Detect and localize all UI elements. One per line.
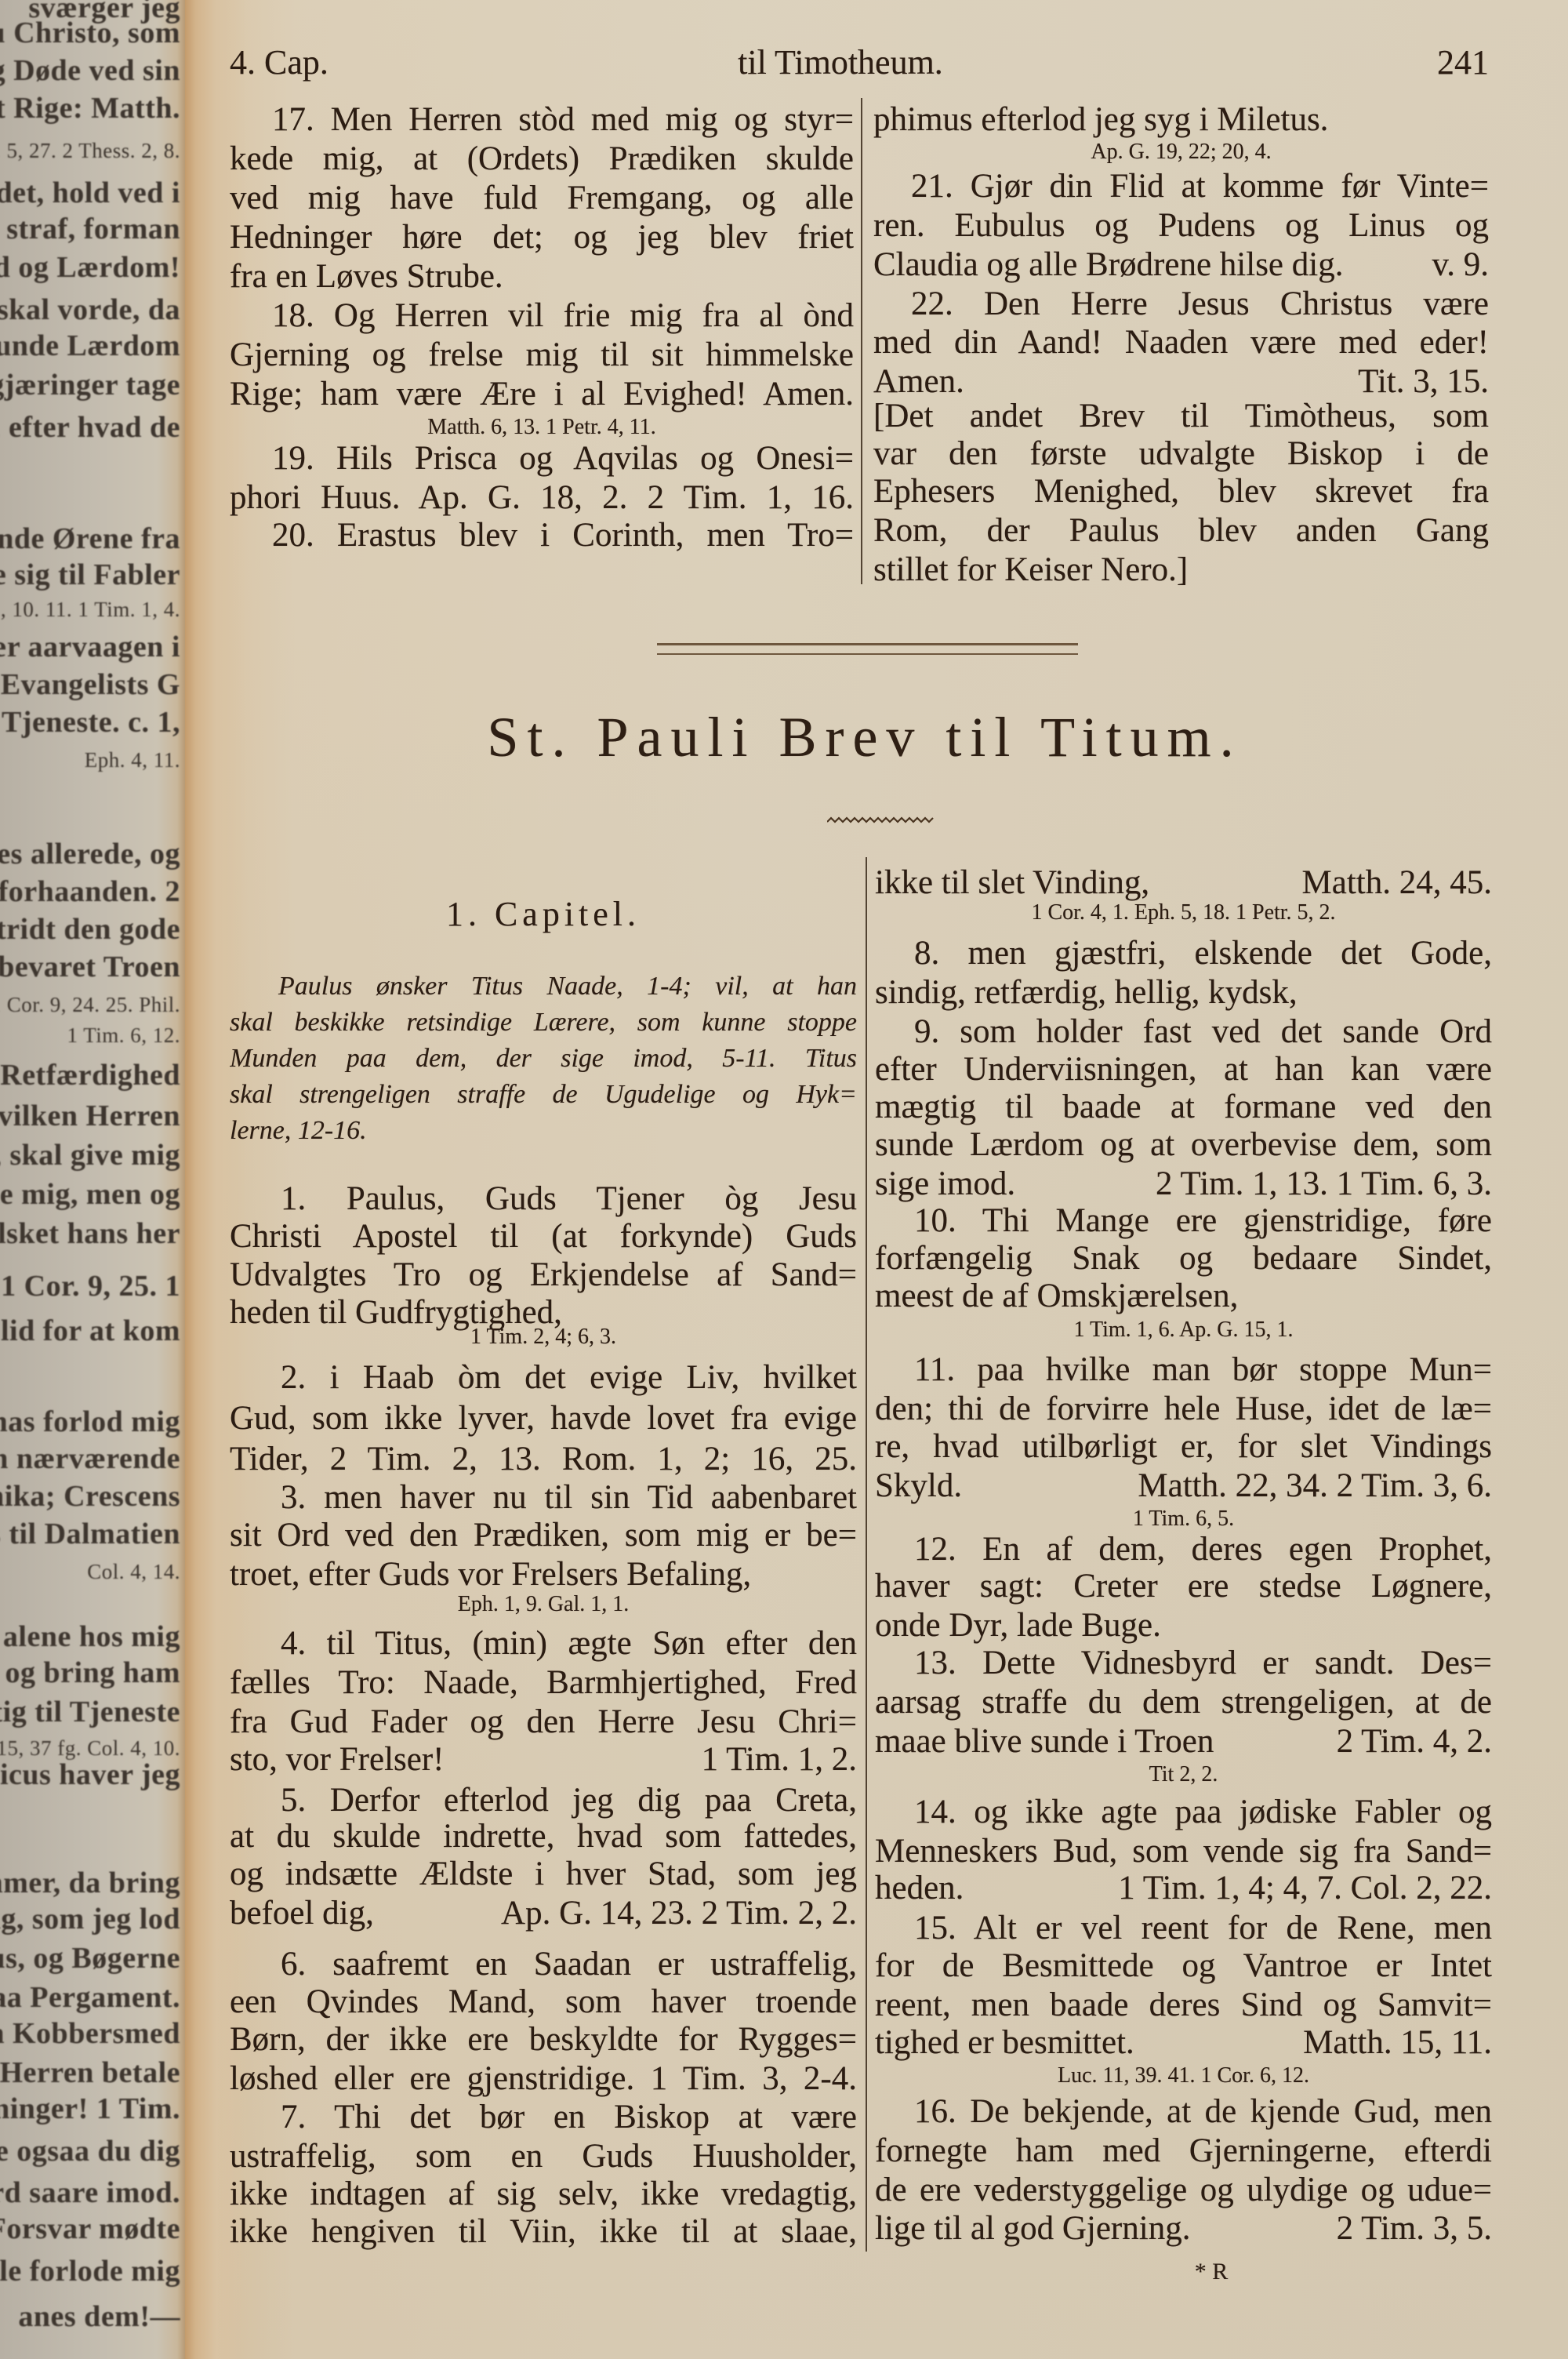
verse-line: 13. Dette Vidnesbyrd er sandt. Des= [875, 1644, 1492, 1683]
facing-page-line: t Løbet, bevaret Troen [0, 950, 180, 984]
verse-text: lige til al god Gjerning. [875, 2209, 1190, 2248]
book-title: St. Pauli Brev til Titum. [470, 702, 1259, 772]
verse-line: ikke hengiven til Viin, ikke til at slaa… [230, 2212, 857, 2252]
verse-line: med din Aand! Naaden være med eder! [873, 323, 1489, 362]
verse-line: Børn, der ikke ere beskyldte for Rygges= [230, 2020, 857, 2059]
verse-line: sindig, retfærdig, hellig, kydsk, [875, 973, 1492, 1012]
facing-page-line: ham vogte ogsaa du dig [0, 2134, 180, 2168]
verse-line: 18. Og Herren vil frie mig fra al ònd [230, 296, 854, 336]
verse-line: Rige; ham være Ære i al Evighed! Amen. [230, 375, 854, 414]
verse-line: 12. En af dem, deres egen Prophet, [875, 1530, 1492, 1569]
verse-line: 15. Alt er vel reent for de Rene, men [875, 1909, 1492, 1948]
verse-line: 16. De bekjende, at de kjende Gud, men [875, 2092, 1492, 2132]
verse-line: een Qvindes Mand, som haver troende [230, 1983, 857, 2022]
cross-reference: 2 Tim. 4, 2. [1337, 1722, 1492, 1761]
verse-line: 2. i Haab òm det evige Liv, hvilket [230, 1358, 857, 1398]
verse-line: 9. som holder fast ved det sande Ord [875, 1012, 1492, 1052]
facing-page-line: dig og bring ham [0, 1656, 180, 1690]
running-head-chapter: 4. Cap. [230, 43, 328, 82]
verse-line: ren. Eubulus og Pudens og Linus og [873, 206, 1489, 245]
facing-page-edge: sværger jeg rre Jesu Christo, som e og D… [0, 0, 185, 2359]
facing-page-line: ghed og Lærdom! [0, 250, 180, 285]
facing-page-line: vrigt er Retfærdighed [0, 1058, 180, 1092]
facing-page-line: Thessalonika; Crescens [0, 1479, 180, 1514]
cross-reference: v. 9. [1432, 245, 1489, 285]
facing-page-line: l med dig, som jeg lod [0, 1902, 180, 1936]
wavy-ornament-icon [827, 814, 934, 825]
facing-page-line: get Ondt; Herren betale [0, 2055, 180, 2090]
verse-text: heden. [875, 1869, 964, 1908]
chapter-heading: 1. Capitel. [230, 891, 857, 938]
cross-reference: Eph. 1, 9. Gal. 1, 1. [230, 1592, 857, 1617]
verse-text: tighed er besmittet. [875, 2023, 1134, 2063]
verse-line: 6. saafremt en Saadan er ustraffelig, [230, 1945, 857, 1984]
column-divider [861, 98, 862, 584]
verse-line: sit Ord ved den Prædiken, som mig er be= [230, 1516, 857, 1555]
facing-page-reference: Eph. 4, 11. [85, 743, 180, 777]
verse-line: meest de af Omskjærelsen, [875, 1277, 1492, 1316]
facing-page-line: ar du kommer, da bring [0, 1866, 180, 1900]
cross-reference: 1 Tim. 2, 4; 6, 3. [230, 1325, 857, 1350]
verse-line: 20. Erastus blev i Corinth, men Tro= [230, 516, 854, 555]
subscription-line: Rom, der Paulus blev anden Gang [873, 511, 1489, 551]
cross-reference: 1 Cor. 4, 1. Eph. 5, 18. 1 Petr. 5, 2. [875, 900, 1492, 925]
verse-text: Amen. [873, 362, 964, 402]
verse-line: heden. 1 Tim. 1, 4; 4, 7. Col. 2, 22. [875, 1869, 1492, 1908]
facing-page-line: obetal, efter hvad de [0, 410, 180, 445]
facing-page-reference: Col. 4, 14. [87, 1554, 180, 1589]
facing-page-line: og (i) sit Rige: Matth. [0, 91, 180, 125]
verse-line: Udvalgtes Tro og Erkjendelse af Sand= [230, 1256, 857, 1295]
verse-line: fra en Løves Strube. [230, 257, 854, 296]
verse-line: 4. til Titus, (min) ægte Søn efter den [230, 1624, 857, 1663]
verse-line: fælles Tro: Naade, Barmhjertighed, Fred [230, 1663, 857, 1703]
double-rule-bottom [657, 653, 1078, 655]
verse-line: Amen. Tit. 3, 15. [873, 362, 1489, 402]
facing-page-line: n, Titus til Dalmatien [0, 1517, 180, 1551]
verse-line: Gud, som ikke lyver, havde lovet fra evi… [230, 1399, 857, 1438]
cross-reference: Ap. G. 14, 23. 2 Tim. 2, 2. [501, 1894, 857, 1933]
facing-page-line: nig, men Alle forlode mig [0, 2254, 180, 2288]
verse-line: ved mig have fuld Fremgang, og alle [230, 179, 854, 218]
verse-text: sto, vor Frelser! [230, 1740, 444, 1779]
verse-line: ustraffelig, som en Guds Huusholder, [230, 2137, 857, 2176]
verse-line: Christi Apostel til (at forkynde) Guds [230, 1217, 857, 1256]
verse-line: re, hvad utilbørligt er, for slet Vindin… [875, 1427, 1492, 1467]
verse-line: Tider, 2 Tim. 2, 13. Rom. 1, 2; 16, 25. [230, 1440, 857, 1479]
subscription-line: stillet for Keiser Nero.] [873, 551, 1489, 590]
cross-reference: Ap. G. 19, 22; 20, 4. [873, 140, 1489, 165]
facing-page-line: egne Begjæringer tage [0, 368, 180, 402]
facing-page-line: hed til den nærværende [0, 1441, 180, 1476]
verse-line: sto, vor Frelser! 1 Tim. 1, 2. [230, 1740, 857, 1779]
facing-page-reference: 1 Tim. 6, 12. [67, 1018, 180, 1052]
verse-line: phimus efterlod jeg syg i Miletus. [873, 100, 1489, 140]
cross-reference: Matth. 15, 11. [1303, 2023, 1492, 2063]
verse-text: befoel dig, [230, 1894, 374, 1933]
verse-line: 10. Thi Mange ere gjenstridige, føre [875, 1201, 1492, 1241]
double-rule-top [657, 643, 1078, 645]
verse-line: forfængelig Snak og bedaare Sindet, [875, 1239, 1492, 1278]
verse-line: lige til al god Gjerning. 2 Tim. 3, 5. [875, 2209, 1492, 2248]
cross-reference: 1 Tim. 1, 2. [702, 1740, 857, 1779]
verse-line: sunde Lærdom og at overbevise dem, som [875, 1125, 1492, 1165]
cross-reference: 1 Tim. 1, 6. Ap. G. 15, 1. [875, 1318, 1492, 1343]
verse-text: maae blive sunde i Troen [875, 1722, 1214, 1761]
facing-page-line: rander, den Kobbersmed [0, 2016, 180, 2051]
facing-page-line: gjør en Evangelists G [0, 667, 180, 702]
verse-line: fra Gud Fader og den Herre Jesu Chri= [230, 1703, 857, 1742]
verse-line: 21. Gjør din Flid at komme før Vinte= [873, 167, 1489, 206]
verse-line: 14. og ikke agte paa jødiske Fabler og [875, 1793, 1492, 1832]
chapter-summary-line: lerne, 12-16. [230, 1113, 857, 1149]
facing-page-reference: Thess. 2, 10. 11. 1 Tim. 1, 4. [0, 592, 180, 627]
facing-page-line: den Tid skal vorde, da [0, 293, 180, 327]
facing-page-line: mit første Forsvar mødte [0, 2212, 180, 2246]
signature-mark: * R [1168, 2252, 1254, 2292]
verse-text: ikke til slet Vinding, [875, 863, 1149, 903]
verse-line: 11. paa hvilke man bør stoppe Mun= [875, 1350, 1492, 1390]
facing-page-line: ikke alene mig, men og [0, 1177, 180, 1212]
verse-line: mægtig til baade at formane ved den [875, 1088, 1492, 1127]
chapter-summary-line: skal strengeligen straffe de Ugudelige o… [230, 1077, 857, 1113]
subscription-line: var den første udvalgte Biskop i de [873, 434, 1489, 474]
chapter-summary-line: Munden paa dem, der sige imod, 5-11. Tit… [230, 1041, 857, 1077]
facing-page-line: have elsket hans her [0, 1216, 180, 1251]
verse-line: efter Underviisningen, at han kan være [875, 1050, 1492, 1089]
subscription-line: Ephesers Menighed, blev skrevet fra [873, 472, 1489, 511]
verse-line: fornegte ham med Gjerningerne, efterdi [875, 2132, 1492, 2171]
verse-line: aarsag straffe du dem strengeligen, at d… [875, 1683, 1492, 1722]
verse-line: kede mig, at (Ordets) Prædiken skulde [230, 140, 854, 179]
cross-reference: Matth. 22, 34. 2 Tim. 3, 6. [1138, 1467, 1492, 1506]
verse-line: reent, men baade deres Sind og Samvit= [875, 1986, 1492, 2025]
facing-page-line: rbeviis, straf, forman [0, 212, 180, 246]
verse-line: ikke indtagen af sig selv, ikke vredagti… [230, 2175, 857, 2214]
cross-reference: Matth. 6, 13. 1 Petr. 4, 11. [230, 415, 854, 440]
verse-line: den; thi de forvirre hele Huse, idet de … [875, 1390, 1492, 1429]
facing-page-line: mig nyttig til Tjeneste [0, 1695, 180, 1729]
facing-page-reference: Joh. 5, 27. 2 Thess. 2, 8. [0, 133, 180, 168]
cross-reference: Matth. 24, 45. [1302, 863, 1492, 903]
facing-page-line: Gjerninger! 1 Tim. [0, 2092, 180, 2126]
verse-line: 19. Hils Prisca og Aqvilas og Onesi= [230, 439, 854, 478]
facing-page-line: anes dem!— [18, 2299, 180, 2334]
verse-line: Skyld. Matth. 22, 34. 2 Tim. 3, 6. [875, 1467, 1492, 1506]
verse-line: maae blive sunde i Troen 2 Tim. 4, 2. [875, 1722, 1492, 1761]
facing-page-line: n Tychicus haver jeg [0, 1757, 180, 1792]
verse-text: Skyld. [875, 1467, 962, 1506]
facing-page-line: e og Døde ved sin [0, 53, 180, 88]
verse-line: onde Dyr, lade Buge. [875, 1606, 1492, 1645]
cross-reference: Luc. 11, 39. 41. 1 Cor. 6, 12. [875, 2063, 1492, 2088]
verse-line: 1. Paulus, Guds Tjener òg Jesu [230, 1179, 857, 1219]
verse-line: sige imod. 2 Tim. 1, 13. 1 Tim. 6, 3. [875, 1165, 1492, 1204]
verse-text: sige imod. [875, 1165, 1015, 1204]
facing-page-line: l mig, hvilken Herren [0, 1099, 180, 1133]
facing-page-line: henvende sig til Fabler [0, 558, 180, 592]
running-head-book: til Timotheum. [684, 43, 997, 82]
subscription-line: [Det andet Brev til Timòtheus, som [873, 397, 1489, 436]
facing-page-line: e skulle vende Ørene fra [0, 522, 180, 556]
verse-line: Menneskers Bud, som vende sig fra Sand= [875, 1832, 1492, 1871]
verse-line: de ere vederstyggelige og ulydige og udu… [875, 2171, 1492, 2210]
facing-page-line: ommer, skal give mig [0, 1138, 180, 1172]
facing-page-line: jeg offres allerede, og [0, 837, 180, 871]
chapter-summary-line: Paulus ønsker Titus Naade, 1-4; vil, at … [230, 969, 857, 1005]
facing-page-line: Demas forlod mig [0, 1405, 180, 1439]
verse-line: tighed er besmittet. Matth. 15, 11. [875, 2023, 1492, 2063]
verse-line: Claudia og alle Brødrene hilse dig. v. 9… [873, 245, 1489, 285]
facing-page-line: Carpus, og Bøgerne [0, 1941, 180, 1976]
facing-page-line: dik Ordet, hold ved i [0, 176, 180, 210]
verse-line: og indsætte Ældste i hver Stad, som jeg [230, 1855, 857, 1894]
verse-line: phori Huus. Ap. G. 18, 2. 2 Tim. 1, 16. [230, 478, 854, 518]
verse-line: Hedninger høre det; og jeg blev friet [230, 218, 854, 257]
verse-line: haver sagt: Creter ere stedse Løgnere, [875, 1567, 1492, 1606]
cross-reference: 2 Tim. 1, 13. 1 Tim. 6, 3. [1156, 1165, 1492, 1204]
cross-reference: 2 Tim. 3, 5. [1337, 2209, 1492, 2248]
facing-page-line: rage den sunde Lærdom [0, 329, 180, 363]
facing-page-reference: 1 Cor. 9, 25. 1 [1, 1269, 180, 1303]
verse-line: 5. Derfor efterlod jeg dig paa Creta, [230, 1781, 857, 1820]
verse-text: Claudia og alle Brødrene hilse dig. [873, 245, 1343, 285]
verse-line: 8. men gjæstfri, elskende det Gode, [875, 934, 1492, 973]
cross-reference: 1 Tim. 6, 5. [875, 1507, 1492, 1532]
cross-reference: 1 Tim. 1, 4; 4, 7. Col. 2, 22. [1118, 1869, 1492, 1908]
verse-line: ikke til slet Vinding, Matth. 24, 45. [875, 863, 1492, 903]
verse-line: troet, efter Guds vor Frelsers Befaling, [230, 1555, 857, 1594]
verse-line: Gjerning og frelse mig til sit himmelske [230, 336, 854, 375]
facing-page-line: Tjeneste. c. 1, [2, 705, 180, 740]
facing-page-line: rre Jesu Christo, som [0, 16, 180, 50]
verse-line: løshed eller ere gjenstridige. 1 Tim. 3,… [230, 2059, 857, 2099]
cross-reference: Tit 2, 2. [875, 1762, 1492, 1787]
verse-line: 22. Den Herre Jesus Christus være [873, 285, 1489, 324]
chapter-summary-line: skal beskikke retsindige Lærere, som kun… [230, 1005, 857, 1041]
verse-line: at du skulde indrette, hvad som fattedes… [230, 1817, 857, 1856]
column-divider [866, 857, 867, 2252]
facing-page-line: as er alene hos mig [0, 1619, 180, 1654]
page-number: 241 [1379, 43, 1489, 82]
facing-page-line: em paa Pergament. [0, 1980, 180, 2015]
verse-line: 17. Men Herren stòd med mig og styr= [230, 100, 854, 140]
facing-page-reference: 0, 24. 1 Cor. 9, 24. 25. Phil. [0, 987, 180, 1022]
cross-reference: Tit. 3, 15. [1358, 362, 1489, 402]
facing-page-line: ore Ord saare imod. [0, 2175, 180, 2210]
facing-page-line: Tid er forhaanden. 2 [0, 874, 180, 909]
verse-line: befoel dig, Ap. G. 14, 23. 2 Tim. 2, 2. [230, 1894, 857, 1933]
verse-line: 3. men haver nu til sin Tid aabenbaret [230, 1478, 857, 1518]
facing-page-line: din Flid for at kom [0, 1314, 180, 1348]
verse-line: 7. Thi det bør en Biskop at være [230, 2098, 857, 2137]
facing-page-line: du, vær aarvaagen i [0, 630, 180, 664]
verse-line: for de Besmittede og Vantroe er Intet [875, 1946, 1492, 1986]
facing-page-line: haver stridt den gode [0, 912, 180, 947]
